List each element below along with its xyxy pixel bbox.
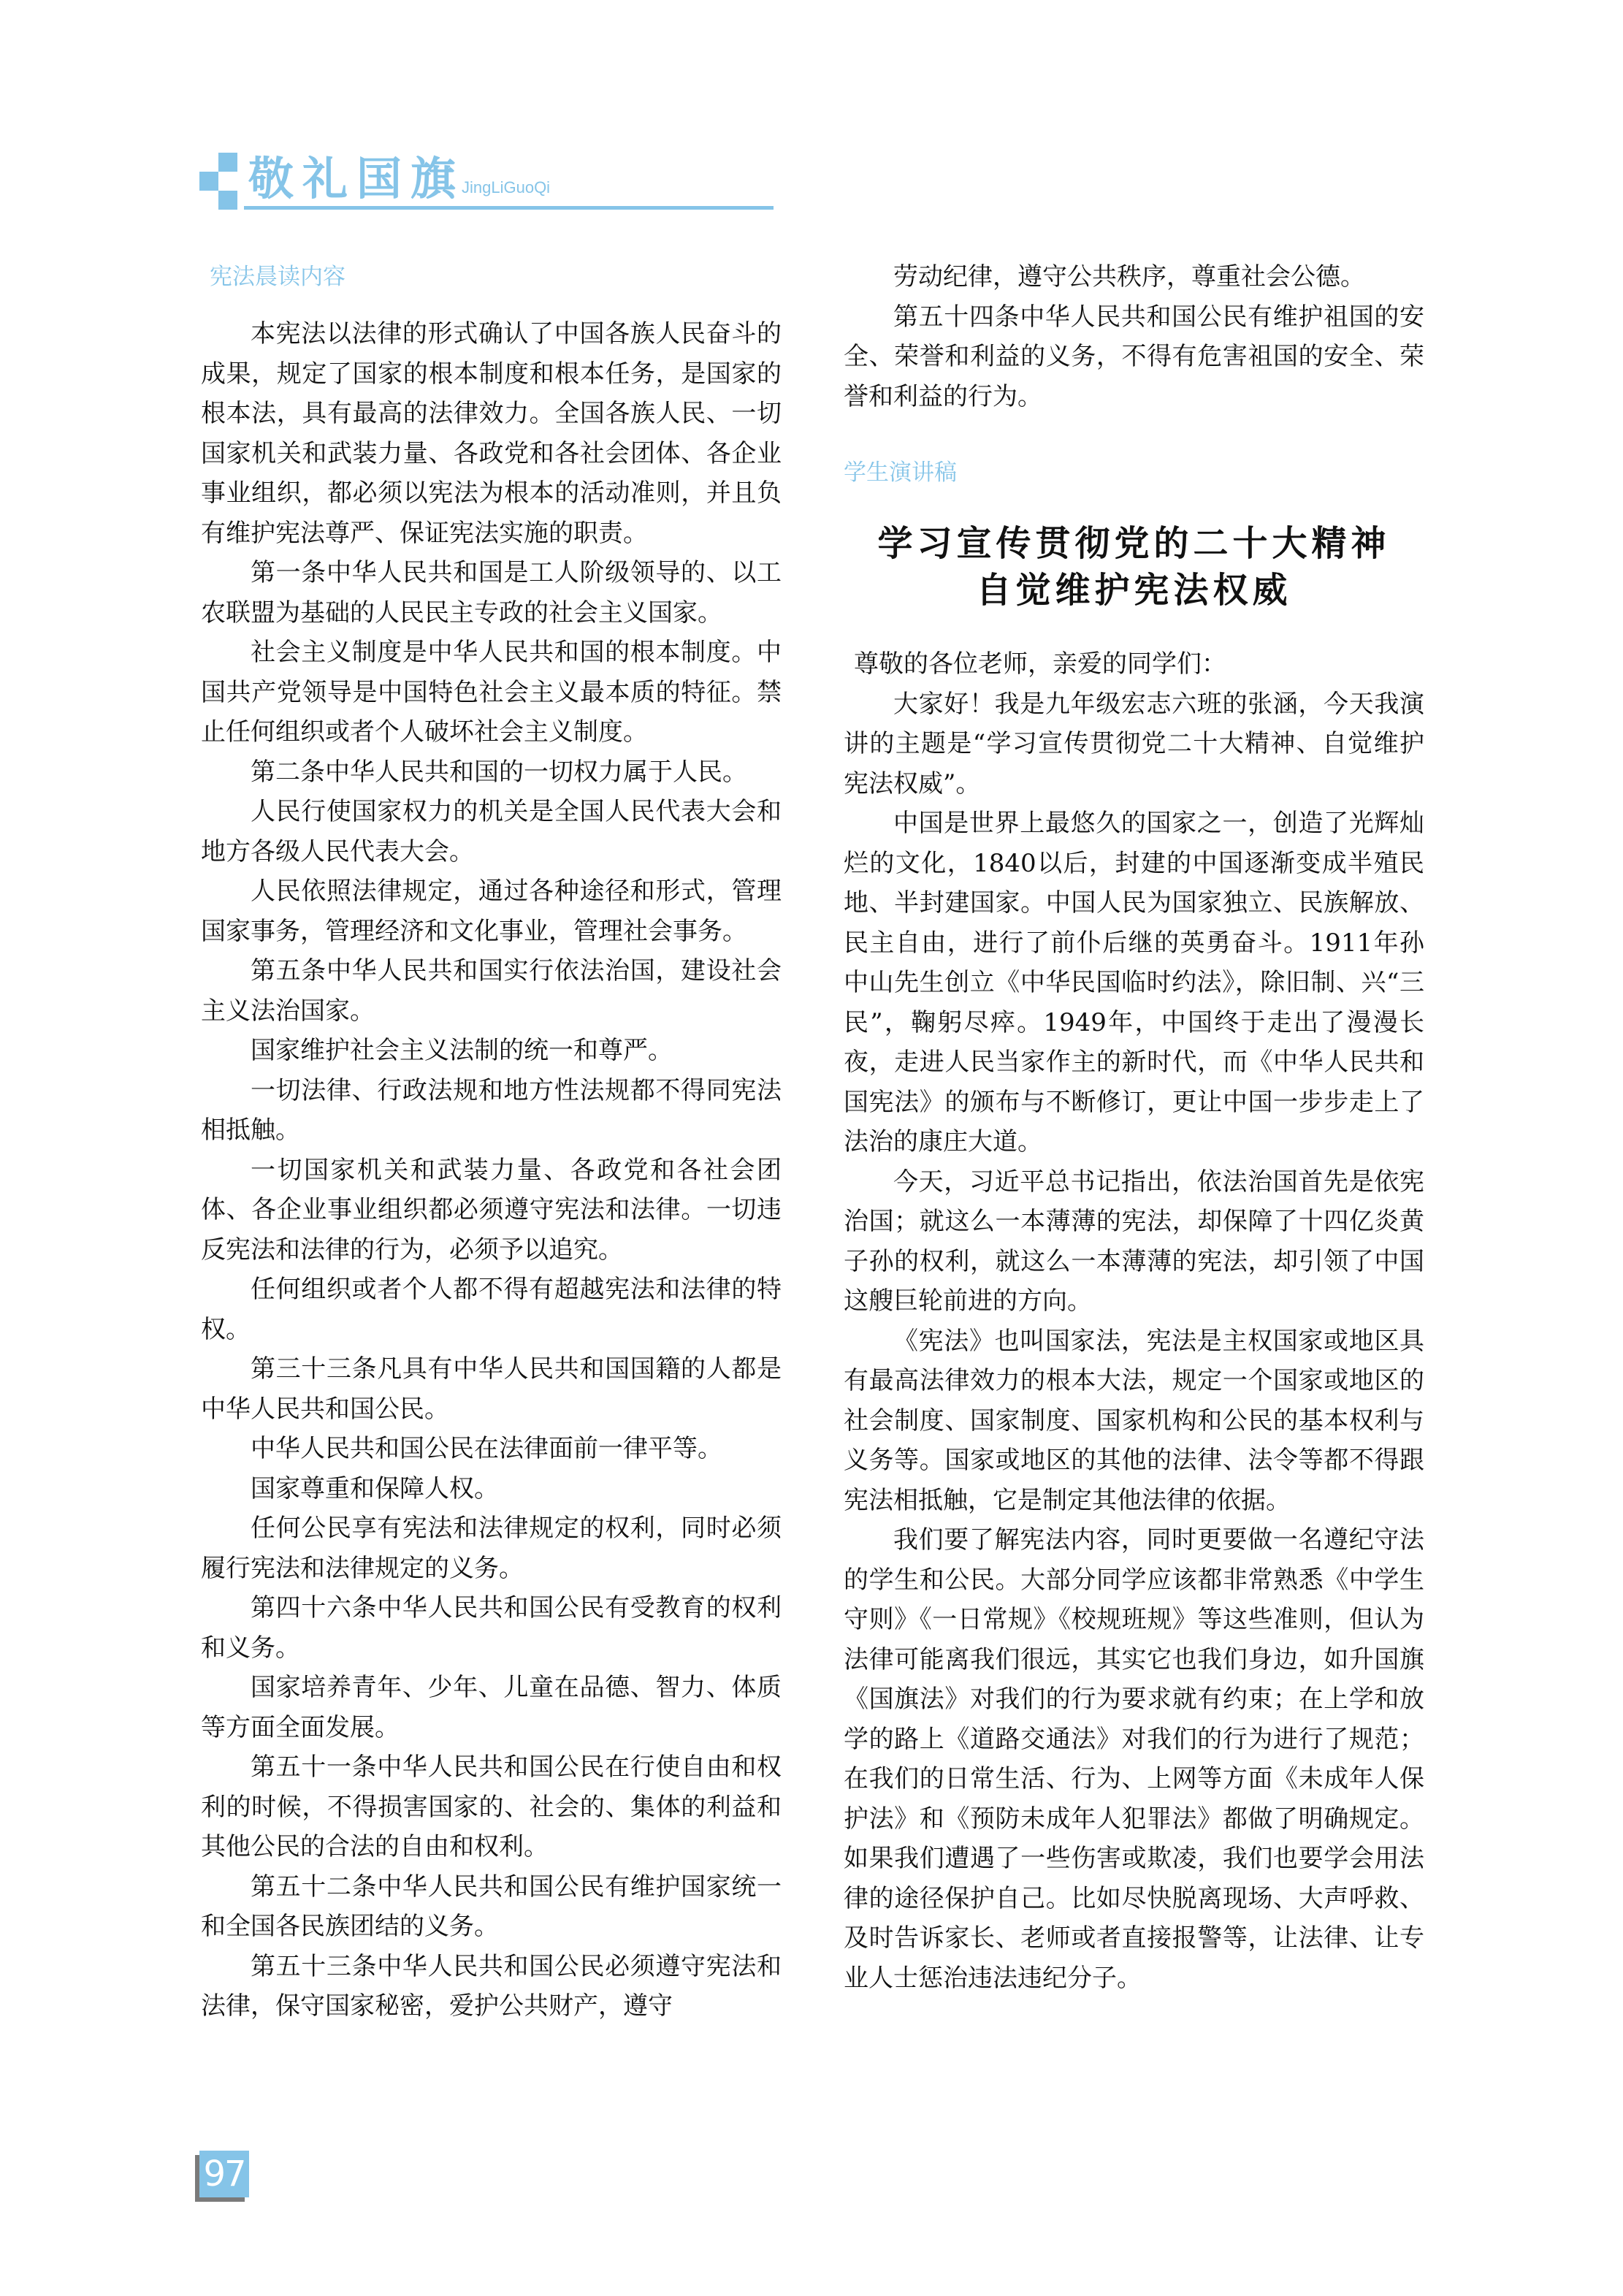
paragraph: 劳动纪律，遵守公共秩序，尊重社会公德。 xyxy=(844,257,1424,297)
paragraph: 第五条中华人民共和国实行依法治国，建设社会主义法治国家。 xyxy=(201,951,782,1031)
paragraph: 大家好！我是九年级宏志六班的张涵，今天我演讲的主题是“学习宣传贯彻党二十大精神、… xyxy=(844,684,1424,804)
section-label-constitution-reading: 宪法晨读内容 xyxy=(210,257,782,297)
paragraph: 一切国家机关和武装力量、各政党和各社会团体、各企业事业组织都必须遵守宪法和法律。… xyxy=(201,1151,782,1270)
page-header: 敬礼国旗 JingLiGuoQi xyxy=(0,0,803,219)
paragraph: 任何公民享有宪法和法律规定的权利，同时必须履行宪法和法律规定的义务。 xyxy=(201,1509,782,1588)
speech-title-line: 自觉维护宪法权威 xyxy=(844,567,1424,614)
logo-square-icon xyxy=(218,153,237,172)
logo-square-icon xyxy=(218,191,237,210)
left-column: 宪法晨读内容 本宪法以法律的形式确认了中国各族人民奋斗的成果，规定了国家的根本制… xyxy=(201,257,782,2026)
speech-greeting: 尊敬的各位老师，亲爱的同学们： xyxy=(844,644,1424,684)
paragraph: 第五十四条中华人民共和国公民有维护祖国的安全、荣誉和利益的义务，不得有危害祖国的… xyxy=(844,297,1424,417)
right-column: 劳动纪律，遵守公共秩序，尊重社会公德。 第五十四条中华人民共和国公民有维护祖国的… xyxy=(844,257,1424,1998)
paragraph: 我们要了解宪法内容，同时更要做一名遵纪守法的学生和公民。大部分同学应该都非常熟悉… xyxy=(844,1520,1424,1998)
paragraph: 国家维护社会主义法制的统一和尊严。 xyxy=(201,1031,782,1071)
paragraph: 人民行使国家权力的机关是全国人民代表大会和地方各级人民代表大会。 xyxy=(201,792,782,872)
paragraph: 人民依照法律规定，通过各种途径和形式，管理国家事务，管理经济和文化事业，管理社会… xyxy=(201,872,782,951)
paragraph: 第二条中华人民共和国的一切权力属于人民。 xyxy=(201,752,782,793)
column-title: 敬礼国旗 xyxy=(248,155,465,203)
page-number: 97 xyxy=(199,2151,249,2197)
speech-title: 学习宣传贯彻党的二十大精神 自觉维护宪法权威 xyxy=(844,520,1424,614)
paragraph: 中国是世界上最悠久的国家之一，创造了光辉灿烂的文化，1840以后，封建的中国逐渐… xyxy=(844,804,1424,1162)
column-subtitle: JingLiGuoQi xyxy=(462,178,550,197)
paragraph: 第五十二条中华人民共和国公民有维护国家统一和全国各民族团结的义务。 xyxy=(201,1867,782,1947)
header-divider xyxy=(244,206,774,210)
paragraph: 任何组织或者个人都不得有超越宪法和法律的特权。 xyxy=(201,1270,782,1349)
paragraph: 国家尊重和保障人权。 xyxy=(201,1469,782,1509)
speech-title-line: 学习宣传贯彻党的二十大精神 xyxy=(844,520,1424,567)
paragraph: 《宪法》也叫国家法，宪法是主权国家或地区具有最高法律效力的根本大法，规定一个国家… xyxy=(844,1321,1424,1521)
paragraph: 今天，习近平总书记指出，依法治国首先是依宪治国；就这么一本薄薄的宪法，却保障了十… xyxy=(844,1162,1424,1321)
paragraph: 第三十三条凡具有中华人民共和国国籍的人都是中华人民共和国公民。 xyxy=(201,1349,782,1429)
paragraph: 本宪法以法律的形式确认了中国各族人民奋斗的成果，规定了国家的根本制度和根本任务，… xyxy=(201,314,782,553)
section-label-student-speech: 学生演讲稿 xyxy=(844,453,1424,492)
paragraph: 社会主义制度是中华人民共和国的根本制度。中国共产党领导是中国特色社会主义最本质的… xyxy=(201,633,782,752)
paragraph: 第五十三条中华人民共和国公民必须遵守宪法和法律，保守国家秘密，爱护公共财产，遵守 xyxy=(201,1947,782,2026)
paragraph: 国家培养青年、少年、儿童在品德、智力、体质等方面全面发展。 xyxy=(201,1668,782,1747)
page-number-badge: 97 xyxy=(199,2151,249,2197)
paragraph: 第一条中华人民共和国是工人阶级领导的、以工农联盟为基础的人民民主专政的社会主义国… xyxy=(201,553,782,633)
paragraph: 第四十六条中华人民共和国公民有受教育的权利和义务。 xyxy=(201,1588,782,1668)
paragraph: 中华人民共和国公民在法律面前一律平等。 xyxy=(201,1429,782,1469)
logo-square-icon xyxy=(199,172,218,191)
paragraph: 第五十一条中华人民共和国公民在行使自由和权利的时候，不得损害国家的、社会的、集体… xyxy=(201,1747,782,1867)
paragraph: 一切法律、行政法规和地方性法规都不得同宪法相抵触。 xyxy=(201,1071,782,1151)
